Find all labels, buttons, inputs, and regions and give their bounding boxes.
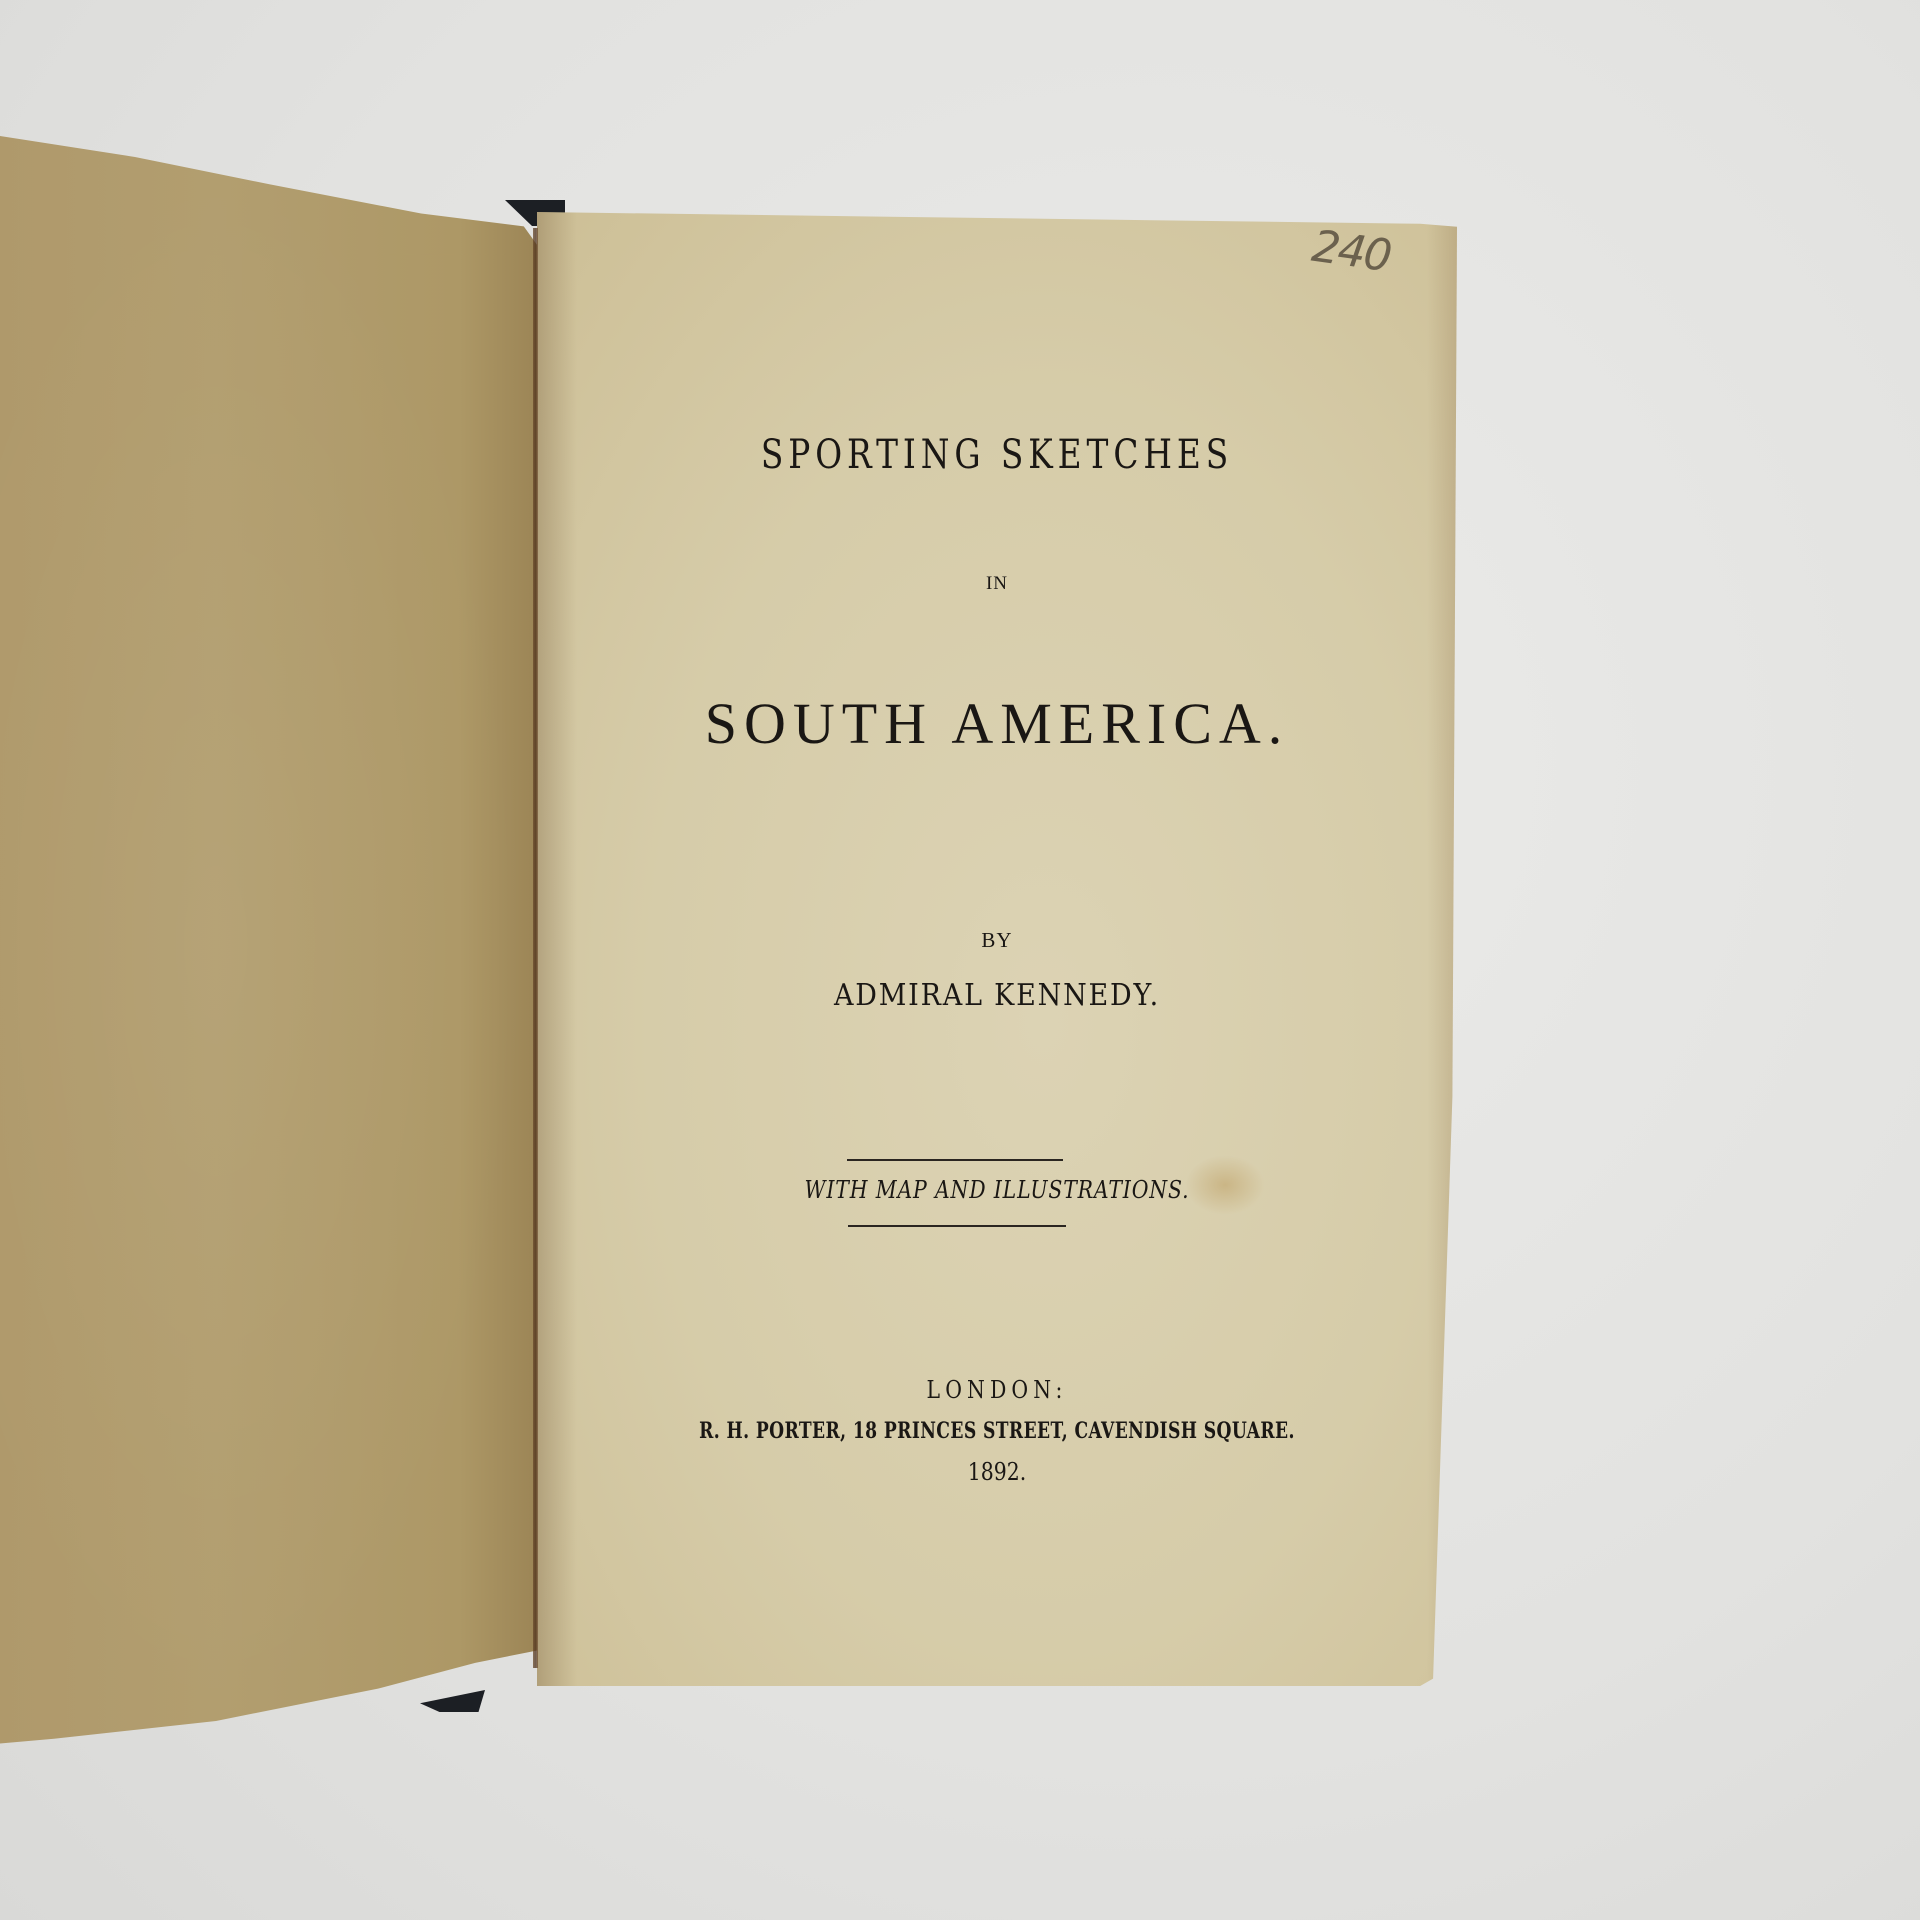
imprint-publisher: R. H. PORTER, 18 PRINCES STREET, CAVENDI…: [638, 1418, 1356, 1444]
left-blank-page: [0, 136, 540, 1750]
title-line-1: SPORTING SKETCHES: [620, 432, 1374, 478]
byline-prefix: BY: [537, 928, 1457, 953]
imprint-year: 1892.: [606, 1458, 1388, 1486]
divider-rule-top: [847, 1159, 1063, 1161]
divider-rule-bottom: [848, 1225, 1066, 1227]
author-name: ADMIRAL KENNEDY.: [583, 978, 1411, 1013]
pencil-note: 240: [1309, 221, 1393, 282]
imprint-city: LONDON:: [606, 1376, 1388, 1404]
subtitle: WITH MAP AND ILLUSTRATIONS.: [606, 1176, 1388, 1204]
title-line-2: SOUTH AMERICA.: [537, 690, 1457, 757]
title-connector: IN: [537, 573, 1457, 595]
